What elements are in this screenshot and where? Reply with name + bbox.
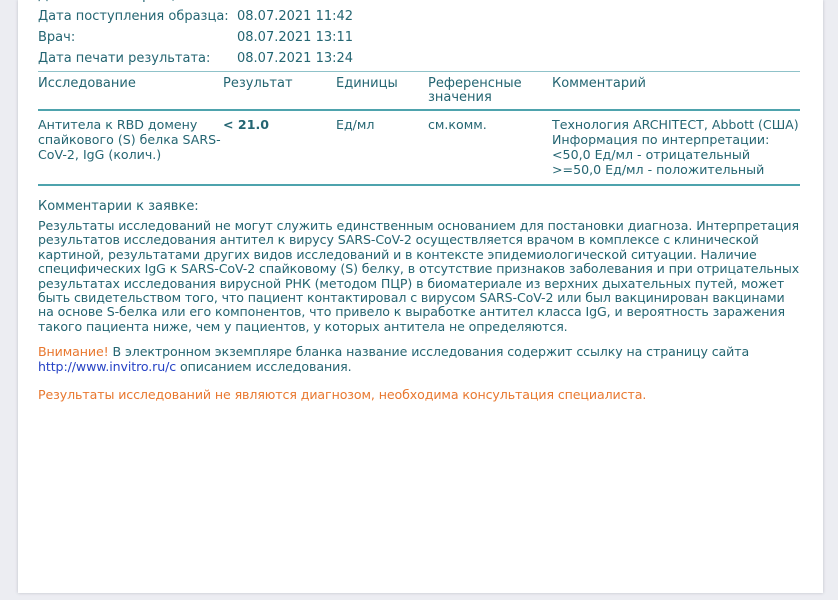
meta-row-doctor: Врач: 08.07.2021 13:11 <box>38 27 802 48</box>
attention-label: Внимание! <box>38 344 109 359</box>
print-date-value: 08.07.2021 13:24 <box>237 48 353 69</box>
comment-line-technology: Технология ARCHITECT, Abbott (США) <box>552 117 800 132</box>
results-table: Исследование Результат Единицы Референсн… <box>38 71 800 186</box>
comment-cell: Технология ARCHITECT, Abbott (США) Инфор… <box>552 117 800 177</box>
clipped-sample-date-value: 08.07.2021 <box>237 0 311 6</box>
comment-line-interpretation: Информация по интерпретации: <box>552 132 800 147</box>
meta-row-printed: Дата печати результата: 08.07.2021 13:24 <box>38 48 802 69</box>
print-date-label: Дата печати результата: <box>38 48 237 69</box>
invitro-link[interactable]: http://www.invitro.ru/с <box>38 359 176 374</box>
meta-row-received: Дата поступления образца: 08.07.2021 11:… <box>38 6 802 27</box>
lab-report-page: Дата взятия образца: 08.07.2021 Дата пос… <box>18 0 823 593</box>
units-cell: Ед/мл <box>336 117 428 177</box>
table-row: Антитела к RBD домену спайкового (S) бел… <box>38 111 800 186</box>
received-date-value: 08.07.2021 11:42 <box>237 6 353 27</box>
report-content: Дата взятия образца: 08.07.2021 Дата пос… <box>18 0 804 402</box>
clipped-sample-date-row: Дата взятия образца: 08.07.2021 <box>38 0 802 6</box>
column-header-result: Результат <box>223 77 336 105</box>
reference-cell: см.комм. <box>428 117 552 177</box>
column-header-test: Исследование <box>38 77 223 105</box>
table-header-row: Исследование Результат Единицы Референсн… <box>38 71 800 111</box>
comments-body: Результаты исследований не могут служить… <box>38 219 802 334</box>
warning-text: В электронном экземпляре бланка название… <box>109 344 749 359</box>
comment-line-negative: <50,0 Ед/мл - отрицательный <box>552 147 800 162</box>
warning-after-link: описанием исследования. <box>176 359 351 374</box>
clipped-sample-date-label: Дата взятия образца: <box>38 0 237 6</box>
column-header-reference: Референсные значения <box>428 77 552 105</box>
column-header-comment: Комментарий <box>552 77 800 105</box>
doctor-value: 08.07.2021 13:11 <box>237 27 353 48</box>
warning-block: Внимание! В электронном экземпляре бланк… <box>38 344 802 374</box>
received-date-label: Дата поступления образца: <box>38 6 237 27</box>
comments-title: Комментарии к заявке: <box>38 199 802 214</box>
doctor-label: Врач: <box>38 27 237 48</box>
disclaimer-text: Результаты исследований не являются диаг… <box>38 387 802 402</box>
result-value-cell: < 21.0 <box>223 117 336 177</box>
comment-line-positive: >=50,0 Ед/мл - положительный <box>552 162 800 177</box>
test-name-cell: Антитела к RBD домену спайкового (S) бел… <box>38 117 223 177</box>
column-header-units: Единицы <box>336 77 428 105</box>
